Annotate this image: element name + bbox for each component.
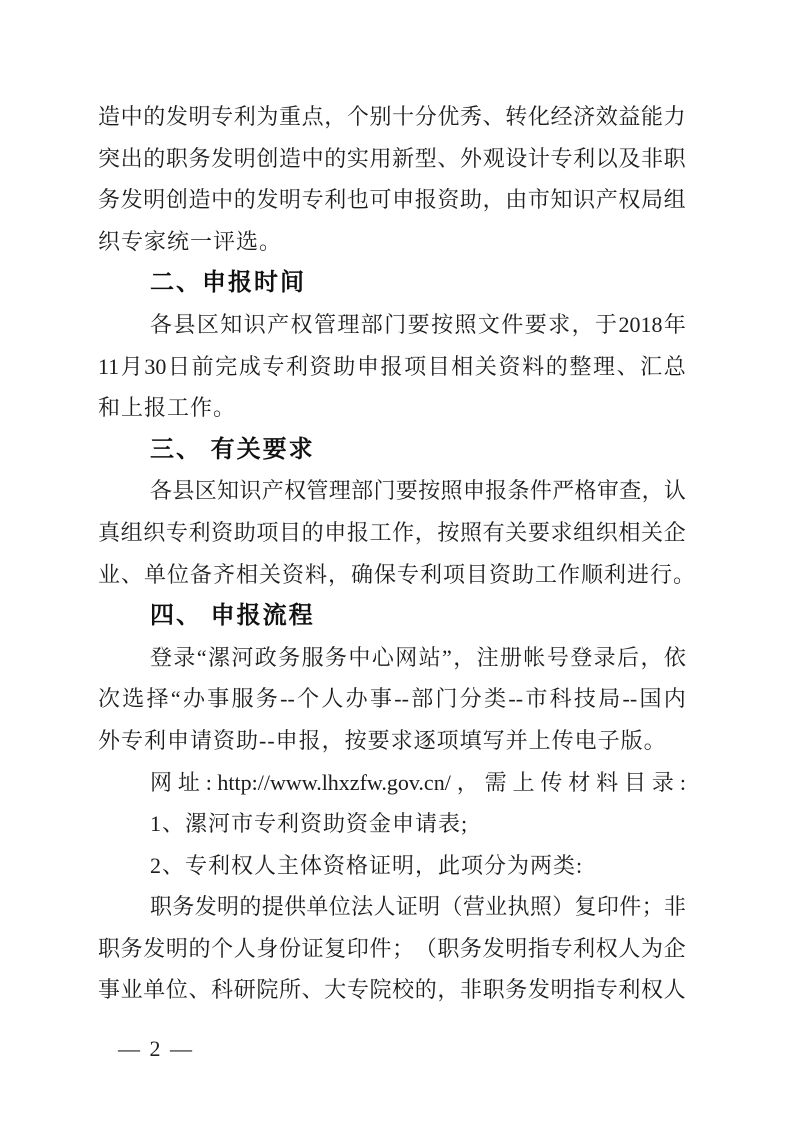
text-line: 事业单位、科研院所、大专院校的，非职务发明指专利权人	[98, 969, 686, 1011]
text-line: 突出的职务发明创造中的实用新型、外观设计专利以及非职	[98, 138, 686, 180]
text-line: 真组织专利资助项目的申报工作，按照有关要求组织相关企	[98, 512, 686, 554]
text-line: 1、漯河市专利资助资金申请表;	[98, 803, 686, 845]
page-number: — 2 —	[118, 1036, 194, 1062]
text-line: 网址: http://www.lhxzfw.gov.cn/，需上传材料目录:	[98, 762, 686, 804]
text-line: 职务发明的个人身份证复印件；（职务发明指专利权人为企	[98, 928, 686, 970]
document-page: 造中的发明专利为重点，个别十分优秀、转化经济效益能力突出的职务发明创造中的实用新…	[0, 0, 793, 1122]
text-line: 各县区知识产权管理部门要按照申报条件严格审查，认	[98, 470, 686, 512]
text-line: 11月30日前完成专利资助申报项目相关资料的整理、汇总	[98, 346, 686, 388]
section-heading: 四、 申报流程	[98, 595, 686, 637]
text-line: 登录“漯河政务服务中心网站”，注册帐号登录后，依	[98, 637, 686, 679]
text-line: 各县区知识产权管理部门要按照文件要求，于2018年	[98, 304, 686, 346]
text-line: 造中的发明专利为重点，个别十分优秀、转化经济效益能力	[98, 96, 686, 138]
section-heading: 二、申报时间	[98, 262, 686, 304]
text-block: 造中的发明专利为重点，个别十分优秀、转化经济效益能力突出的职务发明创造中的实用新…	[98, 96, 686, 1011]
text-line: 次选择“办事服务--个人办事--部门分类--市科技局--国内	[98, 678, 686, 720]
text-line: 业、单位备齐相关资料，确保专利项目资助工作顺利进行。	[98, 554, 686, 596]
text-line: 职务发明的提供单位法人证明（营业执照）复印件；非	[98, 886, 686, 928]
text-line: 织专家统一评选。	[98, 221, 686, 263]
section-heading: 三、 有关要求	[98, 429, 686, 471]
text-line: 务发明创造中的发明专利也可申报资助，由市知识产权局组	[98, 179, 686, 221]
text-line: 2、专利权人主体资格证明，此项分为两类:	[98, 845, 686, 887]
text-line: 外专利申请资助--申报，按要求逐项填写并上传电子版。	[98, 720, 686, 762]
text-line: 和上报工作。	[98, 387, 686, 429]
